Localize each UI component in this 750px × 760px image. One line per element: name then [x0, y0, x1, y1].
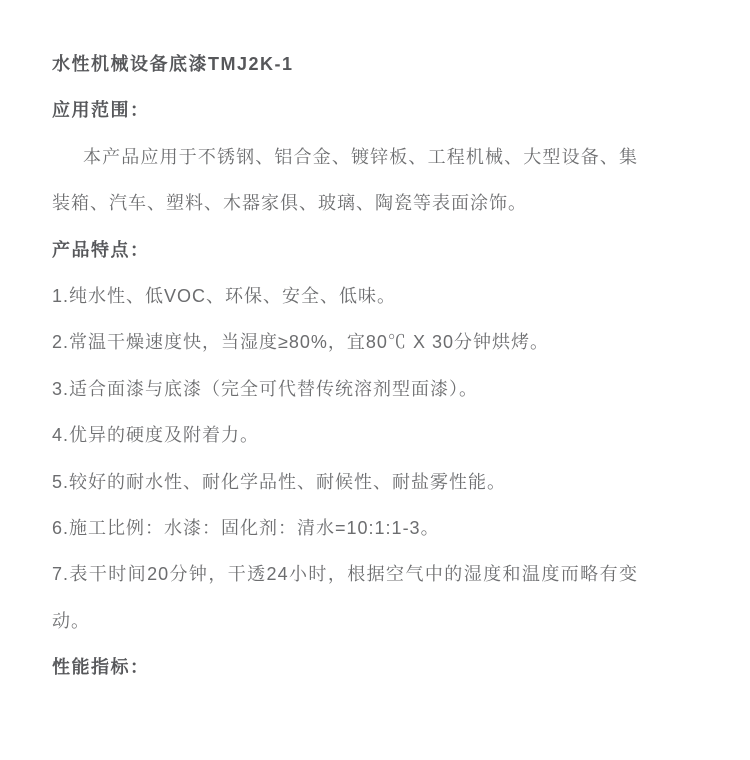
- feature-item-7: 7.表干时间20分钟，干透24小时，根据空气中的湿度和温度而略有变动。: [52, 551, 638, 644]
- application-scope-paragraph: 本产品应用于不锈钢、铝合金、镀锌板、工程机械、大型设备、集装箱、汽车、塑料、木器…: [52, 134, 638, 227]
- page-title: 水性机械设备底漆TMJ2K-1: [52, 41, 638, 87]
- feature-item-4: 4.优异的硬度及附着力。: [52, 412, 638, 458]
- document-content: 水性机械设备底漆TMJ2K-1 应用范围： 本产品应用于不锈钢、铝合金、镀锌板、…: [0, 0, 750, 691]
- section-heading-product-features: 产品特点：: [52, 227, 638, 273]
- feature-item-5: 5.较好的耐水性、耐化学品性、耐候性、耐盐雾性能。: [52, 459, 638, 505]
- feature-item-6: 6.施工比例：水漆：固化剂：清水=10:1:1-3。: [52, 505, 638, 551]
- feature-item-2: 2.常温干燥速度快，当湿度≥80%，宜80℃ X 30分钟烘烤。: [52, 319, 638, 365]
- section-heading-performance-indicators: 性能指标：: [52, 644, 638, 690]
- feature-item-1: 1.纯水性、低VOC、环保、安全、低味。: [52, 273, 638, 319]
- feature-item-3: 3.适合面漆与底漆（完全可代替传统溶剂型面漆）。: [52, 366, 638, 412]
- section-heading-application-scope: 应用范围：: [52, 87, 638, 133]
- document-page: 水性机械设备底漆TMJ2K-1 应用范围： 本产品应用于不锈钢、铝合金、镀锌板、…: [0, 0, 750, 760]
